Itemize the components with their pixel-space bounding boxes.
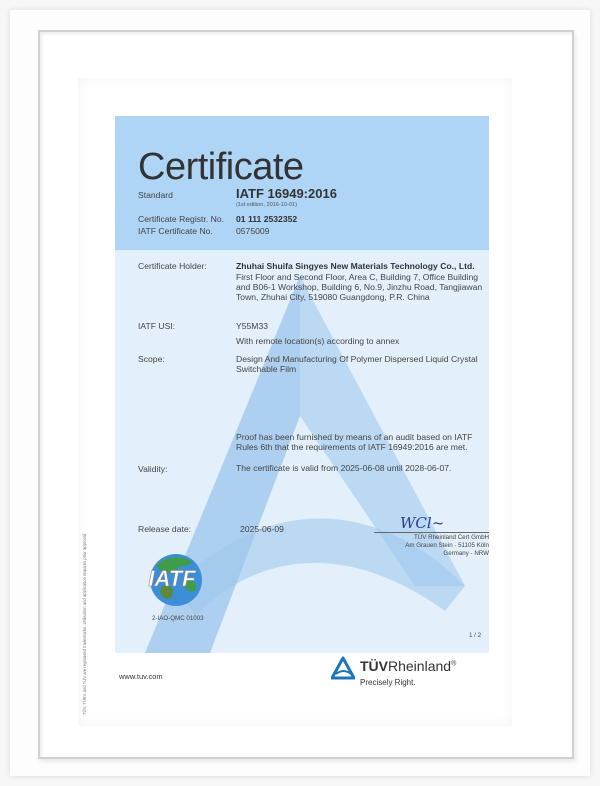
standard-value: IATF 16949:2016 [236, 186, 337, 201]
holder-address-line: Town, Zhuhai City, 519080 Guangdong, P.R… [236, 292, 430, 302]
iatf-globe-logo: IATF [142, 546, 206, 610]
iatf-code: 2-IAO-QMC 01003 [152, 615, 204, 622]
holder-label: Certificate Holder: [138, 261, 207, 271]
registr-value: 01 111 2532352 [236, 214, 297, 224]
iatf-cert-value: 0575009 [236, 226, 269, 236]
validity-label: Validity: [138, 464, 167, 474]
certificate-document: Certificate Standard IATF 16949:2016 (1s… [115, 116, 489, 653]
tuv-triangle-logo-icon [331, 656, 355, 680]
issuer-line: Am Grauen Stein · 51105 Köln [374, 542, 489, 549]
standard-label: Standard [138, 190, 173, 200]
registr-label: Certificate Registr. No. [138, 214, 224, 224]
scope-line: Switchable Film [236, 364, 296, 374]
website-link[interactable]: www.tuv.com [119, 672, 163, 681]
scope-label: Scope: [138, 354, 165, 364]
holder-address-line: First Floor and Second Floor, Area C, Bu… [236, 272, 478, 282]
usi-label: IATF USI: [138, 321, 175, 331]
tuv-tagline: Precisely Right. [360, 678, 416, 687]
brand-bold: TÜV [360, 658, 388, 674]
holder-address-line: and B06-1 Workshop, Building 6, No.9, Ji… [236, 282, 482, 292]
proof-line: Rules 6th that the requirements of IATF … [236, 442, 468, 452]
signature: WCl~ [400, 514, 444, 532]
proof-line: Proof has been furnished by means of an … [236, 432, 472, 442]
issuer-line: Germany - NRW [374, 550, 489, 557]
trademark-note: TÜV, TUEV and TUV are registered tradema… [82, 533, 87, 715]
certificate-footer: www.tuv.com TÜVRheinland® Precisely Righ… [115, 653, 489, 713]
release-label: Release date: [138, 524, 191, 534]
release-value: 2025-06-09 [240, 524, 284, 534]
signature-line [374, 532, 489, 533]
scope-line: Design And Manufacturing Of Polymer Disp… [236, 354, 478, 364]
registered-mark: ® [451, 660, 456, 667]
holder-name: Zhuhai Shuifa Singyes New Materials Tech… [236, 261, 475, 271]
iatf-cert-label: IATF Certificate No. [138, 226, 213, 236]
tuv-brand: TÜVRheinland® [360, 658, 456, 674]
certificate-title: Certificate [138, 146, 304, 189]
page-number: 1 / 2 [469, 632, 481, 639]
issuer-line: TÜV Rheinland Cert GmbH [374, 534, 489, 541]
validity-value: The certificate is valid from 2025-06-08… [236, 463, 451, 473]
usi-value: Y55M33 [236, 321, 268, 331]
standard-edition: (1st edition, 2016-10-01) [236, 202, 297, 208]
brand-rest: Rheinland [388, 658, 451, 674]
svg-text:IATF: IATF [148, 566, 196, 591]
remote-note: With remote location(s) according to ann… [236, 336, 399, 346]
